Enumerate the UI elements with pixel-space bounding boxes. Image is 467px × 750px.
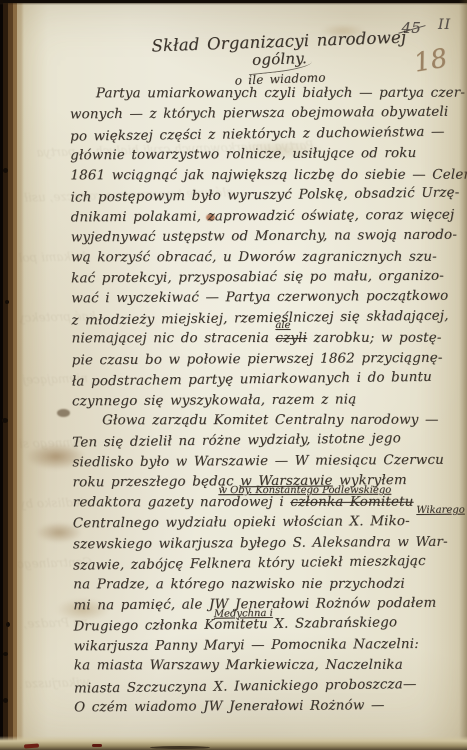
body-line: Centralnego wydziału opieki włościan X. … — [73, 514, 463, 537]
body-line: wyjednywać ustępstw od Monarchy, na swoj… — [71, 228, 461, 251]
page-bottom-edge — [0, 736, 467, 750]
body-text: Partya umiarkowanych czyli białych — par… — [70, 85, 464, 721]
interline-correction: w Oby. Konstantego Podlewskiego — [218, 485, 391, 496]
body-line: redaktora gazety narodowej i członka Kom… — [73, 494, 463, 515]
body-line: szawie, zabójcę Felknera który uciekł mi… — [73, 554, 463, 580]
body-line: na Pradze, a którego nazwisko nie przych… — [73, 576, 463, 597]
binding-speck — [3, 168, 8, 173]
edge-mark — [150, 746, 210, 749]
body-line: Partya umiarkowanych czyli białych — par… — [70, 86, 460, 107]
interline-insertion: Medychna i — [214, 608, 273, 620]
page-right-edge — [459, 0, 467, 750]
binding-speck — [2, 418, 8, 423]
title-block: Skład Organizacyi narodowej ogólny. o il… — [117, 26, 442, 91]
struck-word: czyliale — [275, 331, 307, 346]
body-line: ka miasta Warszawy Markiewicza, Naczelni… — [74, 658, 464, 679]
body-line: siedlisko było w Warszawie — W miesiącu … — [72, 453, 462, 476]
binding-speck — [6, 622, 10, 627]
book-binding-edge — [0, 0, 24, 750]
binding-speck — [3, 698, 8, 703]
body-line: niemającej nic do stracenia czyliale zar… — [72, 331, 462, 352]
body-line: czynnego się wyszykowała, razem z nią — [72, 391, 462, 414]
body-line: O czém wiadomo JW Jenerałowi Rożnów — — [74, 698, 464, 721]
page-top-edge — [0, 0, 467, 5]
interline-correction: ale — [275, 320, 290, 331]
manuscript-page-scan: Partya umiarkowanych czyli białych — par… — [0, 0, 467, 750]
body-line: głównie towarzystwo rolnicze, usiłujące … — [70, 146, 460, 169]
binding-speck — [5, 300, 9, 304]
body-line: wą korzyść obracać, u Dworów zagraniczny… — [71, 249, 461, 270]
interline-insertion: Wikarego — [416, 505, 465, 516]
ink-stain — [57, 409, 70, 417]
body-line: wikarjusza Panny Maryi — Pomocnika Nacze… — [74, 636, 464, 659]
binding-speck — [3, 652, 8, 656]
struck-word: członka Komitetuw Oby. Konstantego Podle… — [290, 494, 413, 509]
body-line: dnikami polakami, zaprowadzić oświatę, c… — [71, 207, 461, 230]
edge-mark — [92, 744, 102, 747]
